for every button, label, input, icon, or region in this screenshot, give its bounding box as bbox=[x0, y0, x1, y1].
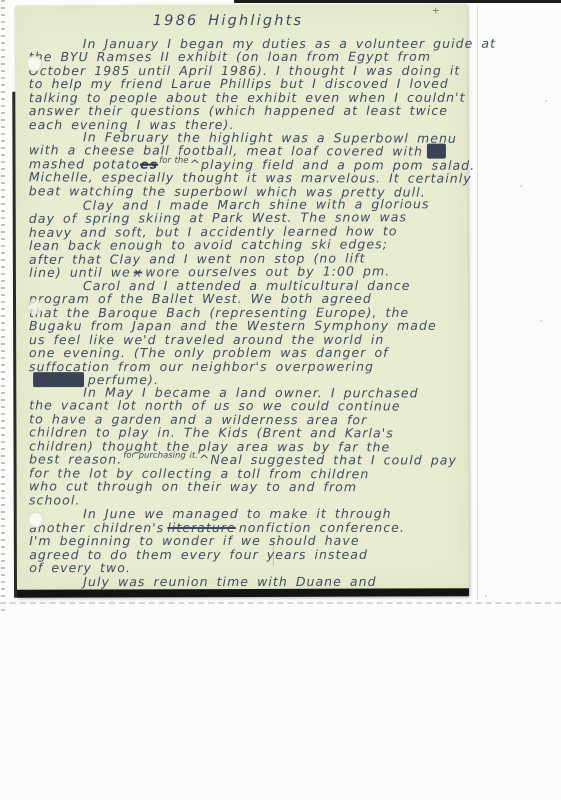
paragraph-ballet: Carol and I attended a multicultural dan… bbox=[29, 279, 464, 387]
notebook-perforation-strip bbox=[1, 0, 5, 614]
handwritten-line: line) until wexwore ourselves out by 1:0… bbox=[29, 264, 464, 279]
paragraph-july: July was reunion time with Duane and bbox=[29, 574, 464, 588]
hole-punch-middle bbox=[27, 299, 43, 315]
crossed-out-letter: x bbox=[134, 265, 143, 280]
scanner-noise-specks bbox=[545, 100, 547, 102]
handwritten-line: to help my friend Larue Phillips but I d… bbox=[29, 77, 464, 91]
inserted-text-above-line: for purchasing it. bbox=[123, 451, 198, 461]
paragraph-may: In May I became a land owner. I purchase… bbox=[29, 386, 464, 508]
paragraph-january: In January I began my duties as a volunt… bbox=[29, 37, 464, 131]
handwriting-block: 1986 Highlights In January I began my du… bbox=[29, 11, 465, 588]
handwritten-line: answer their questions (which happened a… bbox=[29, 104, 464, 118]
hole-punch-bottom bbox=[28, 512, 44, 528]
handwritten-line: school. bbox=[29, 493, 464, 508]
inserted-text-above-line: for the bbox=[159, 156, 188, 166]
handwritten-line: I'm beginning to wonder if we should hav… bbox=[29, 534, 464, 548]
line-text: wore ourselves out by 1:00 pm. bbox=[145, 264, 390, 280]
paragraph-march: Clay and I made March shine with a glori… bbox=[29, 197, 464, 280]
handwritten-line: suffocation from our neighbor's overpowe… bbox=[29, 359, 464, 373]
backing-sheet-edge bbox=[477, 6, 478, 600]
handwritten-line: program of the Ballet West. We both agre… bbox=[29, 292, 464, 306]
paragraph-february: In February the highlight was a Superbow… bbox=[29, 130, 464, 199]
hole-punch-top bbox=[26, 56, 42, 72]
scanner-artifact-line bbox=[0, 602, 561, 604]
line-text: line) until we bbox=[29, 265, 131, 280]
paper-left-edge-shadow bbox=[12, 92, 17, 598]
handwritten-page: + 1986 Highlights In January I began my … bbox=[15, 4, 469, 598]
scanner-edge-top bbox=[234, 0, 561, 3]
handwritten-line: of every two. bbox=[29, 561, 464, 575]
paragraph-june: In June we managed to make it through an… bbox=[29, 507, 464, 575]
handwritten-line: who cut through on their way to and from bbox=[29, 480, 464, 495]
handwritten-line: Bugaku from Japan and the Western Sympho… bbox=[29, 319, 464, 333]
handwritten-line: agreed to do them every four years inste… bbox=[29, 547, 464, 561]
document-title: 1986 Highlights bbox=[29, 11, 464, 31]
handwritten-line: July was reunion time with Duane and bbox=[29, 574, 464, 588]
handwritten-line: one evening. (The only problem was dange… bbox=[29, 346, 464, 360]
